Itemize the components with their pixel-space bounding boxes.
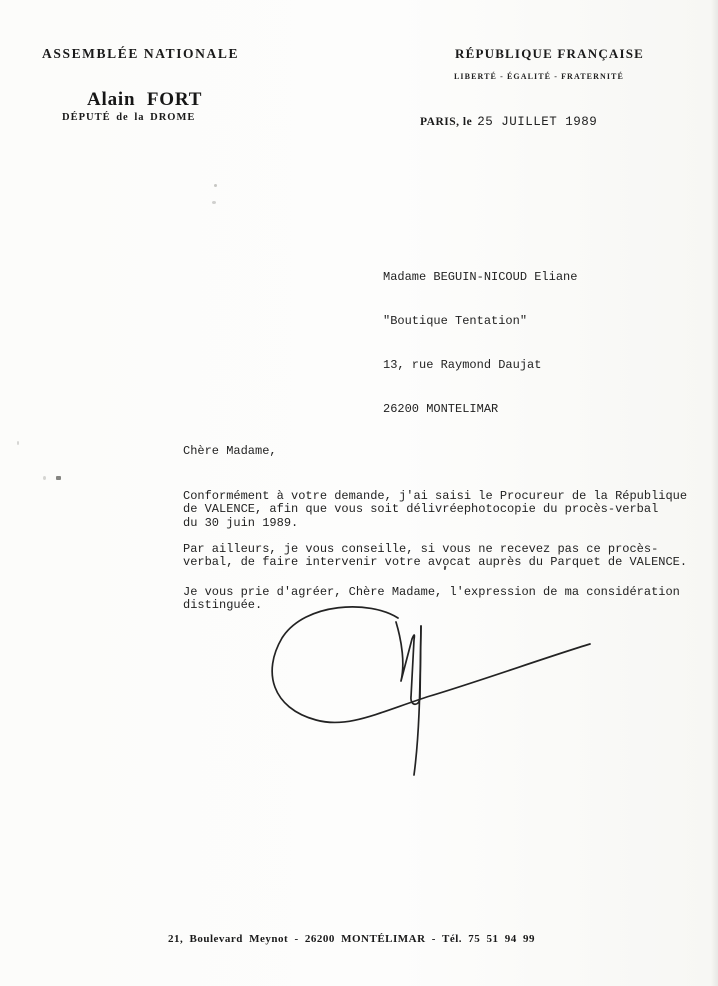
scan-speck: [56, 476, 61, 480]
scan-speck: [214, 184, 217, 187]
institution-name: ASSEMBLÉE NATIONALE: [42, 46, 239, 62]
recipient-city: 26200 MONTELIMAR: [383, 402, 577, 417]
scan-speck: [17, 441, 19, 445]
recipient-name: Madame BEGUIN-NICOUD Eliane: [383, 270, 577, 285]
handwritten-signature: [258, 598, 603, 783]
scan-speck: [43, 476, 46, 480]
date-value: 25 JUILLET 1989: [477, 115, 597, 129]
signature-strokes: [258, 598, 603, 783]
letter-page: ASSEMBLÉE NATIONALE Alain FORT DÉPUTÉ de…: [0, 0, 718, 986]
sender-title: DÉPUTÉ de la DROME: [62, 112, 195, 123]
recipient-company: "Boutique Tentation": [383, 314, 577, 329]
dateline: PARIS, le25 JUILLET 1989: [420, 112, 597, 130]
recipient-street: 13, rue Raymond Daujat: [383, 358, 577, 373]
place-label: PARIS, le: [420, 116, 472, 128]
republic-title: RÉPUBLIQUE FRANÇAISE: [455, 46, 644, 62]
republic-motto: LIBERTÉ - ÉGALITÉ - FRATERNITÉ: [454, 72, 624, 81]
scan-speck: [212, 201, 216, 204]
paragraph-2: Par ailleurs, je vous conseille, si vous…: [183, 543, 713, 570]
recipient-block: Madame BEGUIN-NICOUD Eliane "Boutique Te…: [383, 241, 577, 445]
footer-address: 21, Boulevard Meynot - 26200 MONTÉLIMAR …: [168, 933, 535, 945]
sender-name: Alain FORT: [87, 89, 202, 111]
salutation: Chère Madame,: [183, 444, 277, 458]
paragraph-1: Conformément à votre demande, j'ai saisi…: [183, 490, 713, 530]
